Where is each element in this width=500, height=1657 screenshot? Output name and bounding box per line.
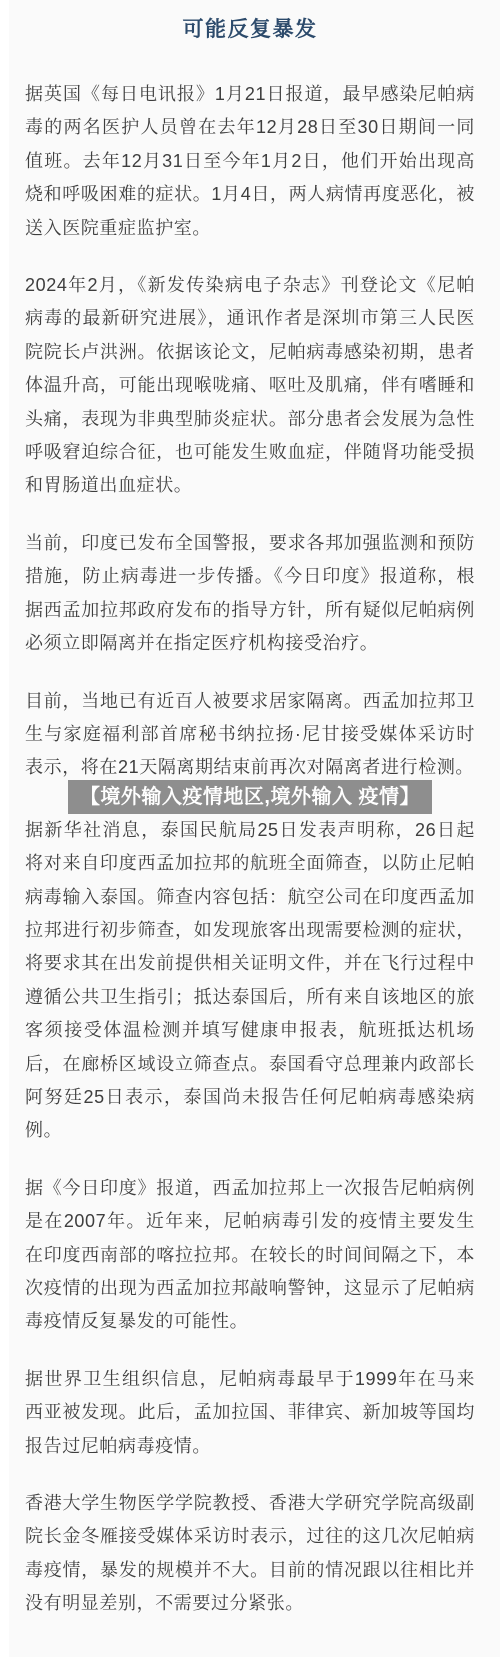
section-title: 可能反复暴发 bbox=[25, 16, 475, 44]
paragraph-research-paper: 2024年2月，《新发传染病电子杂志》刊登论文《尼帕病毒的最新研究进展》，通讯作… bbox=[25, 269, 475, 503]
paragraph-home-quarantine: 目前，当地已有近百人被要求居家隔离。西孟加拉邦卫生与家庭福利部首席秘书纳拉扬·尼… bbox=[25, 685, 475, 785]
paragraph-early-infections: 据英国《每日电讯报》1月21日报道，最早感染尼帕病毒的两名医护人员曾在去年12月… bbox=[25, 78, 475, 245]
paragraph-thailand-screening: 据新华社消息，泰国民航局25日发表声明称，26日起将对来自印度西孟加拉邦的航班全… bbox=[25, 814, 475, 1148]
paragraph-expert-comment: 香港大学生物医学学院教授、香港大学研究学院高级副院长金冬雁接受媒体采访时表示，过… bbox=[25, 1487, 475, 1621]
paragraph-previous-outbreaks: 据《今日印度》报道，西孟加拉邦上一次报告尼帕病例是在2007年。近年来，尼帕病毒… bbox=[25, 1172, 475, 1339]
paragraph-india-alert: 当前，印度已发布全国警报，要求各邦加强监测和预防措施，防止病毒进一步传播。《今日… bbox=[25, 527, 475, 661]
paragraph-who-info: 据世界卫生组织信息，尼帕病毒最早于1999年在马来西亚被发现。此后，孟加拉国、菲… bbox=[25, 1363, 475, 1463]
article-page: 可能反复暴发 据英国《每日电讯报》1月21日报道，最早感染尼帕病毒的两名医护人员… bbox=[0, 0, 500, 1657]
watermark-banner: 【境外输入疫情地区,境外输入 疫情】 bbox=[68, 780, 432, 814]
